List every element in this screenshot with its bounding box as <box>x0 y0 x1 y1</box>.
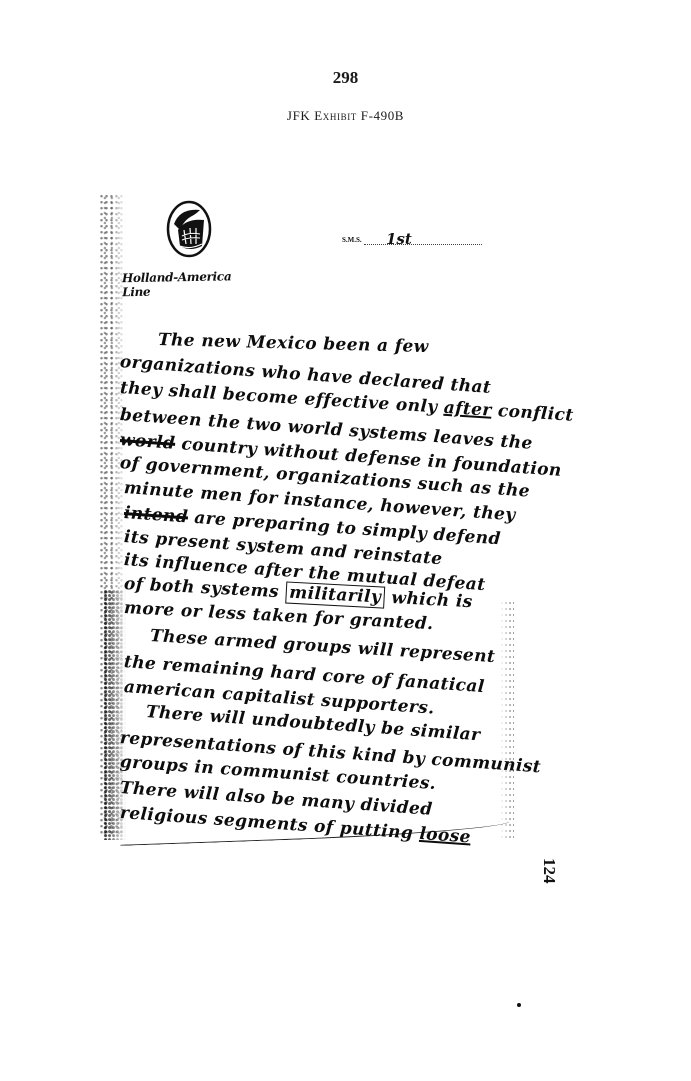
handwritten-line: The new Mexico been a few <box>158 330 429 357</box>
ship-field-value: 1st <box>386 230 412 248</box>
exhibit-prefix: JFK <box>287 108 314 123</box>
margin-page-number: 124 <box>539 858 559 884</box>
struck-word: world <box>119 430 176 454</box>
letterhead-brand: Holland-America Line <box>122 269 262 295</box>
exhibit-label: JFK Exhibit F-490B <box>0 108 691 124</box>
boxed-word: militarily <box>285 581 386 608</box>
underlined-word: after <box>443 398 492 421</box>
ship-field: S.M.S. 1st <box>342 236 492 254</box>
struck-word: intend <box>123 503 188 527</box>
scan-speck <box>517 1003 521 1007</box>
exhibit-id: F-490B <box>357 108 404 123</box>
page-number: 298 <box>0 68 691 88</box>
ship-field-line <box>364 244 482 245</box>
ship-field-label: S.M.S. <box>342 236 362 244</box>
exhibit-word: Exhibit <box>314 108 357 123</box>
photocopy-edge-right <box>500 600 514 840</box>
ship-emblem-icon <box>166 200 212 258</box>
underlined-word: loose <box>419 824 472 848</box>
